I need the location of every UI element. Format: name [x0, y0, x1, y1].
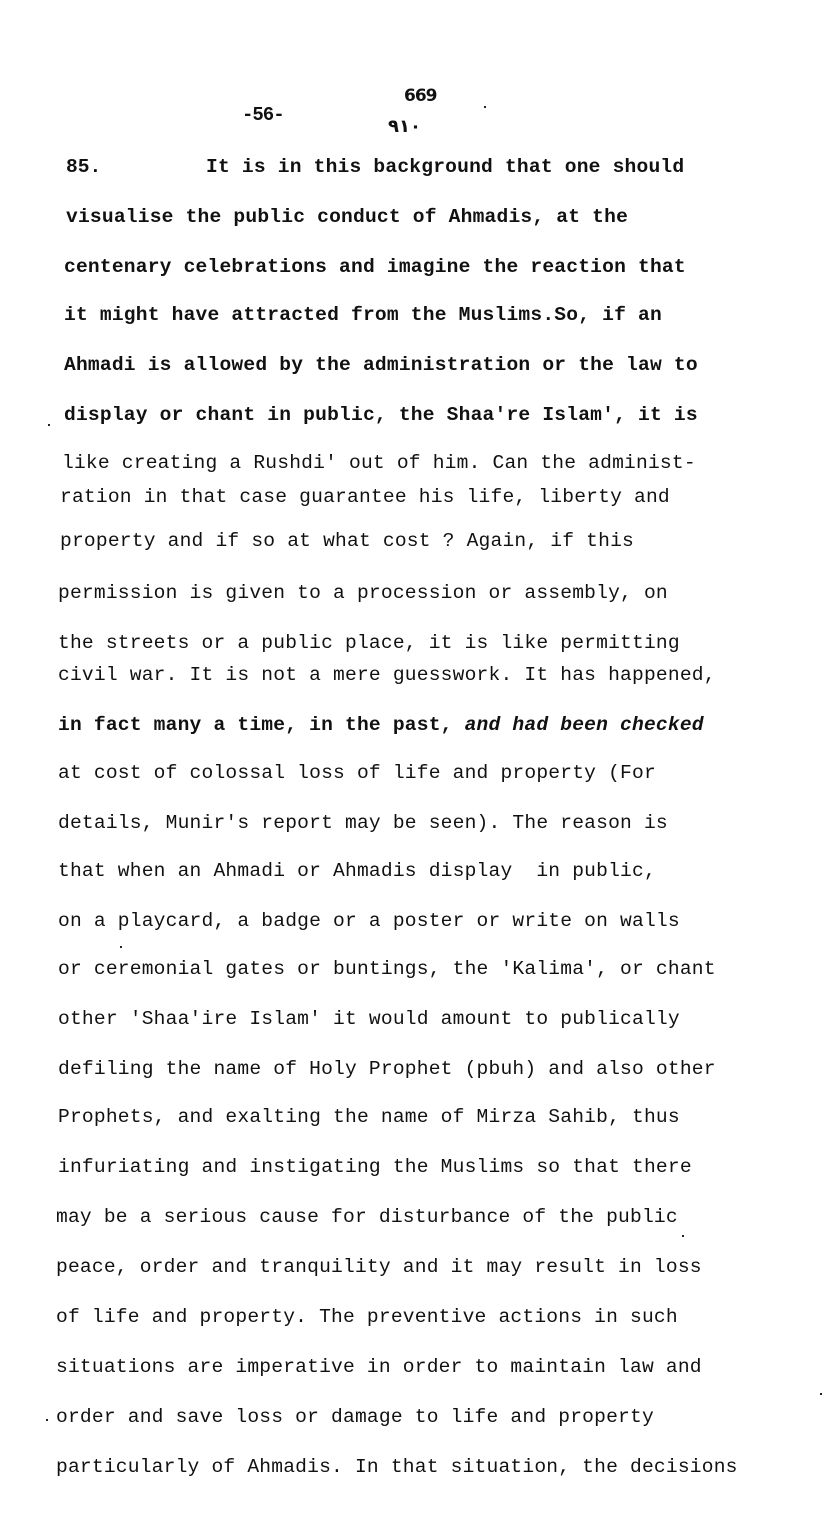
stamp-number: 669	[404, 86, 437, 106]
scan-speck	[682, 1235, 684, 1237]
text-line: order and save loss or damage to life an…	[56, 1406, 654, 1428]
text-line: display or chant in public, the Shaa're …	[64, 404, 698, 426]
text-line: on a playcard, a badge or a poster or wr…	[58, 910, 680, 932]
text-line: may be a serious cause for disturbance o…	[56, 1206, 678, 1228]
text-line: or ceremonial gates or buntings, the 'Ka…	[58, 958, 716, 980]
text-line: in fact many a time, in the past, and ha…	[58, 714, 704, 736]
stamp-mark: ٩١٠	[388, 116, 421, 137]
document-page: -56- 669 ٩١٠ 85. It is in this backgroun…	[0, 0, 840, 1540]
scan-speck	[820, 1393, 822, 1395]
text-line: the streets or a public place, it is lik…	[58, 632, 680, 654]
scan-speck	[48, 424, 50, 426]
text-line: peace, order and tranquility and it may …	[56, 1256, 702, 1278]
text-line: permission is given to a procession or a…	[58, 582, 668, 604]
scan-speck	[120, 946, 122, 948]
text-line: It is in this background that one should	[206, 156, 684, 178]
text-line: Prophets, and exalting the name of Mirza…	[58, 1106, 680, 1128]
page-number: -56-	[242, 104, 284, 126]
text-line: Ahmadi is allowed by the administration …	[64, 354, 698, 376]
text-segment: in fact many a time, in the past,	[58, 714, 465, 736]
text-line: infuriating and instigating the Muslims …	[58, 1156, 692, 1178]
text-line: centenary celebrations and imagine the r…	[64, 256, 686, 278]
text-segment-italic: and had been checked	[465, 714, 704, 736]
text-line: property and if so at what cost ? Again,…	[60, 530, 634, 552]
text-line: situations are imperative in order to ma…	[56, 1356, 702, 1378]
paragraph-number: 85.	[66, 156, 101, 178]
text-line: it might have attracted from the Muslims…	[64, 304, 662, 326]
text-line: of life and property. The preventive act…	[56, 1306, 678, 1328]
text-line: ration in that case guarantee his life, …	[60, 486, 670, 508]
text-line: visualise the public conduct of Ahmadis,…	[66, 206, 628, 228]
text-line: details, Munir's report may be seen). Th…	[58, 812, 668, 834]
text-line: civil war. It is not a mere guesswork. I…	[58, 664, 716, 686]
text-line: particularly of Ahmadis. In that situati…	[56, 1456, 738, 1478]
scan-speck	[46, 1419, 48, 1421]
text-line: defiling the name of Holy Prophet (pbuh)…	[58, 1058, 716, 1080]
text-line: at cost of colossal loss of life and pro…	[58, 762, 656, 784]
text-line: like creating a Rushdi' out of him. Can …	[62, 452, 696, 474]
scan-speck	[484, 106, 486, 108]
text-line: other 'Shaa'ire Islam' it would amount t…	[58, 1008, 680, 1030]
text-line: that when an Ahmadi or Ahmadis display i…	[58, 860, 656, 882]
